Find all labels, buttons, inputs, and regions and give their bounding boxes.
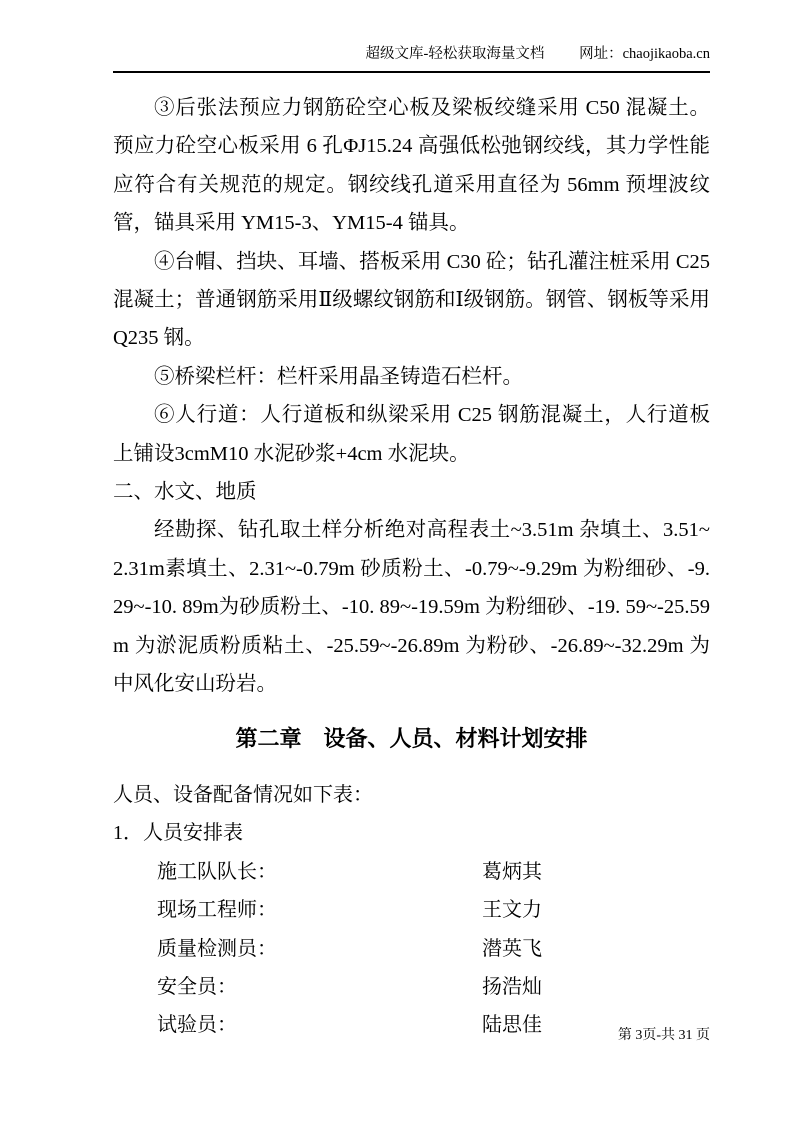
chapter-heading: 第二章 设备、人员、材料计划安排 bbox=[113, 720, 710, 758]
document-page: 超级文库-轻松获取海量文档网址：chaojikaoba.cn ③后张法预应力钢筋… bbox=[0, 0, 793, 1122]
roster-list-title: 1．人员安排表 bbox=[113, 814, 710, 852]
roster-row-quality-inspector: 质量检测员： 潜英飞 bbox=[113, 930, 710, 968]
paragraph-sidewalk: ⑥人行道：人行道板和纵梁采用 C25 钢筋混凝土，人行道板上铺设3cmM10 水… bbox=[113, 396, 710, 473]
page-number: 第 3页-共 31 页 bbox=[618, 1028, 710, 1043]
roster-intro-line: 人员、设备配备情况如下表： bbox=[113, 776, 710, 814]
paragraph-posttension: ③后张法预应力钢筋砼空心板及梁板绞缝采用 C50 混凝土。预应力砼空心板采用 6… bbox=[113, 89, 710, 243]
document-body: ③后张法预应力钢筋砼空心板及梁板绞缝采用 C50 混凝土。预应力砼空心板采用 6… bbox=[113, 89, 710, 1045]
paragraph-materials: ④台帽、挡块、耳墙、搭板采用 C30 砼；钻孔灌注桩采用 C25 混凝土；普通钢… bbox=[113, 243, 710, 358]
section-heading-hydrology: 二、水文、地质 bbox=[113, 473, 710, 511]
page-header: 超级文库-轻松获取海量文档网址：chaojikaoba.cn bbox=[113, 44, 710, 73]
roster-person-name: 葛炳其 bbox=[482, 853, 542, 891]
roster-role-label: 质量检测员： bbox=[157, 938, 277, 960]
page-footer: 第 3页-共 31 页 bbox=[113, 1026, 710, 1046]
roster-person-name: 潜英飞 bbox=[482, 930, 542, 968]
roster-role-label: 现场工程师： bbox=[157, 899, 277, 921]
roster-role-label: 施工队队长： bbox=[157, 861, 277, 883]
roster-row-captain: 施工队队长： 葛炳其 bbox=[113, 853, 710, 891]
roster-person-name: 扬浩灿 bbox=[482, 968, 542, 1006]
personnel-roster: 施工队队长： 葛炳其 现场工程师： 王文力 质量检测员： 潜英飞 安全员： 扬浩… bbox=[113, 853, 710, 1045]
roster-row-engineer: 现场工程师： 王文力 bbox=[113, 891, 710, 929]
roster-role-label: 安全员： bbox=[157, 976, 237, 998]
roster-person-name: 王文力 bbox=[482, 891, 542, 929]
paragraph-railing: ⑤桥梁栏杆：栏杆采用晶圣铸造石栏杆。 bbox=[113, 358, 710, 396]
header-site-url: 网址：chaojikaoba.cn bbox=[579, 46, 710, 62]
paragraph-hydrology: 经勘探、钻孔取土样分析绝对高程表土~3.51m 杂填土、3.51~2.31m素填… bbox=[113, 511, 710, 703]
roster-row-safety-officer: 安全员： 扬浩灿 bbox=[113, 968, 710, 1006]
header-brand-text: 超级文库-轻松获取海量文档 bbox=[366, 46, 545, 62]
